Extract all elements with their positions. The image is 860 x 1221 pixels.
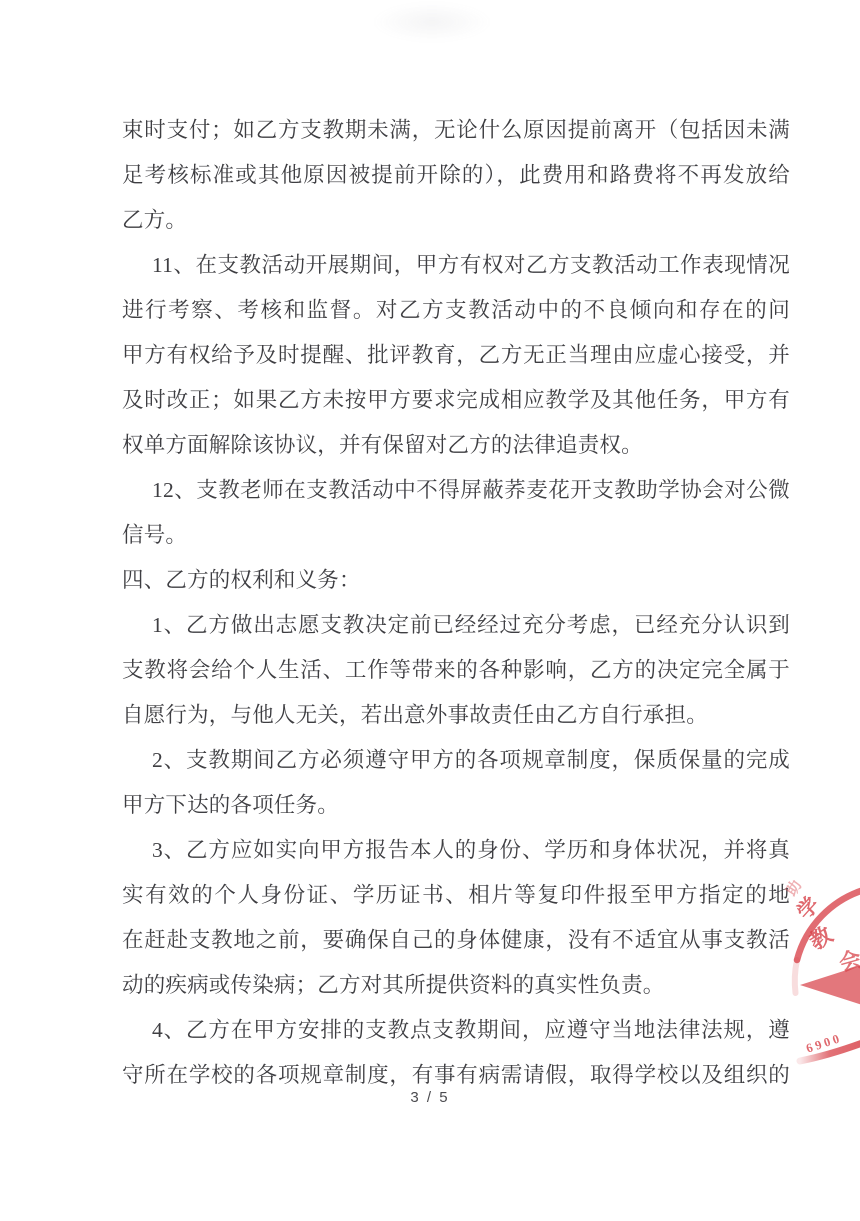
document-line: 甲方下达的各项任务。 [122,783,790,828]
stamp-char-lower-partial: 会 [836,946,860,976]
document-line: 支教将会给个人生活、工作等带来的各种影响，乙方的决定完全属于 [122,648,790,693]
document-line: 动的疾病或传染病；乙方对其所提供资料的真实性负责。 [122,963,790,1008]
document-line: 乙方。 [122,198,790,243]
document-line: 足考核标准或其他原因被提前开除的），此费用和路费将不再发放给 [122,153,790,198]
document-line: 束时支付；如乙方支教期未满，无论什么原因提前离开（包括因未满 [122,108,790,153]
document-line: 进行考察、考核和监督。对乙方支教活动中的不良倾向和存在的问题， [122,288,790,333]
document-body: 束时支付；如乙方支教期未满，无论什么原因提前离开（包括因未满足考核标准或其他原因… [122,108,790,1098]
document-line: 12、支教老师在支教活动中不得屏蔽荞麦花开支教助学协会对公微 [122,468,790,513]
document-line: 权单方面解除该协议，并有保留对乙方的法律追责权。 [122,423,790,468]
document-line: 信号。 [122,513,790,558]
document-line: 实有效的个人身份证、学历证书、相片等复印件报至甲方指定的地址； [122,873,790,918]
document-line: 甲方有权给予及时提醒、批评教育，乙方无正当理由应虚心接受，并 [122,333,790,378]
document-line: 4、乙方在甲方安排的支教点支教期间，应遵守当地法律法规，遵 [122,1008,790,1053]
document-line: 在赶赴支教地之前，要确保自己的身体健康，没有不适宜从事支教活 [122,918,790,963]
document-line: 2、支教期间乙方必须遵守甲方的各项规章制度，保质保量的完成 [122,738,790,783]
official-stamp: 助 学 教 会 6900 [770,855,860,1105]
document-line: 11、在支教活动开展期间，甲方有权对乙方支教活动工作表现情况 [122,243,790,288]
page-indicator: 3 / 5 [0,1089,860,1106]
document-line: 3、乙方应如实向甲方报告本人的身份、学历和身体状况，并将真 [122,828,790,873]
scan-smudge [372,2,492,42]
document-page: 束时支付；如乙方支教期未满，无论什么原因提前离开（包括因未满足考核标准或其他原因… [0,0,860,1221]
document-line: 及时改正；如果乙方未按甲方要求完成相应教学及其他任务，甲方有 [122,378,790,423]
document-line: 1、乙方做出志愿支教决定前已经经过充分考虑，已经充分认识到 [122,603,790,648]
document-line: 自愿行为，与他人无关，若出意外事故责任由乙方自行承担。 [122,693,790,738]
document-line: 四、乙方的权利和义务： [122,558,790,603]
stamp-ring-fade-arc [795,960,797,993]
